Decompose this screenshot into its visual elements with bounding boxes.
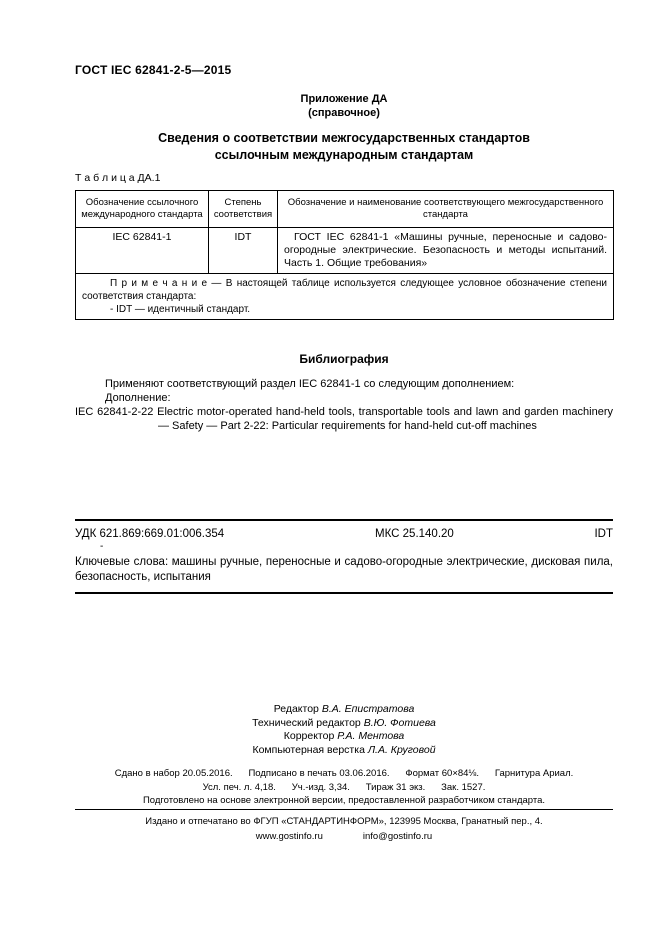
table-note-cell: П р и м е ч а н и е — В настоящей таблиц… (76, 274, 614, 320)
annex-title-line1: Сведения о соответствии межгосударственн… (75, 130, 613, 147)
mks-code: МКС 25.140.20 (375, 528, 594, 540)
annex-label: Приложение ДА (75, 93, 613, 105)
bibliography-entry: IEC 62841-2-22 Electric motor-operated h… (75, 405, 613, 433)
classification-row: УДК 621.869:669.01:006.354 МКС 25.140.20… (75, 528, 613, 540)
credit-role: Компьютерная верстка (252, 744, 364, 756)
credit-line: Редактор В.А. Епистратова (75, 703, 613, 717)
table-note-text: П р и м е ч а н и е — В настоящей таблиц… (82, 277, 607, 303)
imprint-block: Сдано в набор 20.05.2016. Подписано в пе… (75, 767, 613, 808)
publisher-email: info@gostinfo.ru (363, 829, 432, 844)
document-page: ГОСТ IEC 62841-2-5—2015 Приложение ДА (с… (0, 0, 661, 936)
bibliography-entry-text: Electric motor-operated hand-held tools,… (157, 406, 613, 432)
credit-line: Технический редактор В.Ю. Фотиева (75, 717, 613, 731)
divider-rule-top (75, 519, 613, 521)
credit-name: Р.А. Ментова (337, 730, 404, 742)
credits-block: Редактор В.А. Епистратова Технический ре… (75, 703, 613, 757)
divider-rule-bottom (75, 809, 613, 810)
table-row: IEC 62841-1 IDT ГОСТ IEC 62841-1 «Машины… (76, 228, 614, 274)
stray-mark: - (100, 541, 103, 552)
imprint-line3: Подготовлено на основе электронной верси… (75, 794, 613, 808)
keywords: Ключевые слова: машины ручные, переносны… (75, 555, 613, 585)
publisher-block: Издано и отпечатано во ФГУП «СТАНДАРТИНФ… (75, 814, 613, 844)
header-ref-standard: Обозначение ссылочного международного ст… (76, 191, 209, 228)
table-label: Т а б л и ц а ДА.1 (75, 172, 613, 184)
publisher-address: Издано и отпечатано во ФГУП «СТАНДАРТИНФ… (75, 814, 613, 829)
cell-ref-standard: IEC 62841-1 (76, 228, 209, 274)
bibliography-line2: Дополнение: (75, 391, 613, 405)
credit-name: В.А. Епистратова (322, 703, 415, 715)
divider-rule-middle (75, 592, 613, 594)
bibliography-block: Применяют соответствующий раздел IEC 628… (75, 377, 613, 433)
degree-code: IDT (594, 528, 613, 540)
annex-title-line2: ссылочным международным стандартам (75, 147, 613, 164)
credit-name: Л.А. Круговой (368, 744, 436, 756)
credit-line: Корректор Р.А. Ментова (75, 730, 613, 744)
credit-line: Компьютерная верстка Л.А. Круговой (75, 744, 613, 758)
credit-name: В.Ю. Фотиева (364, 717, 436, 729)
table-note-item: - IDT — идентичный стандарт. (110, 303, 607, 316)
imprint-line1: Сдано в набор 20.05.2016. Подписано в пе… (75, 767, 613, 781)
credit-role: Технический редактор (252, 717, 361, 729)
header-degree: Степень соответствия (209, 191, 278, 228)
correspondence-table: Обозначение ссылочного международного ст… (75, 190, 614, 320)
credit-role: Корректор (284, 730, 335, 742)
header-matching-standard: Обозначение и наименование соответствующ… (278, 191, 614, 228)
cell-matching-standard: ГОСТ IEC 62841-1 «Машины ручные, перенос… (278, 228, 614, 274)
udk-code: УДК 621.869:669.01:006.354 (75, 528, 375, 540)
annex-kind: (справочное) (75, 107, 613, 119)
bibliography-entry-label: IEC 62841-2-22 (75, 406, 153, 418)
cell-degree: IDT (209, 228, 278, 274)
imprint-line2: Усл. печ. л. 4,18. Уч.-изд. 3,34. Тираж … (75, 781, 613, 795)
bibliography-title: Библиография (75, 352, 613, 366)
bibliography-line1: Применяют соответствующий раздел IEC 628… (75, 377, 613, 391)
table-header-row: Обозначение ссылочного международного ст… (76, 191, 614, 228)
table-note-row: П р и м е ч а н и е — В настоящей таблиц… (76, 274, 614, 320)
credit-role: Редактор (274, 703, 319, 715)
publisher-website: www.gostinfo.ru (256, 829, 323, 844)
doc-number: ГОСТ IEC 62841-2-5—2015 (75, 63, 231, 77)
annex-title: Сведения о соответствии межгосударственн… (75, 130, 613, 164)
publisher-contacts: www.gostinfo.ru info@gostinfo.ru (256, 829, 432, 844)
